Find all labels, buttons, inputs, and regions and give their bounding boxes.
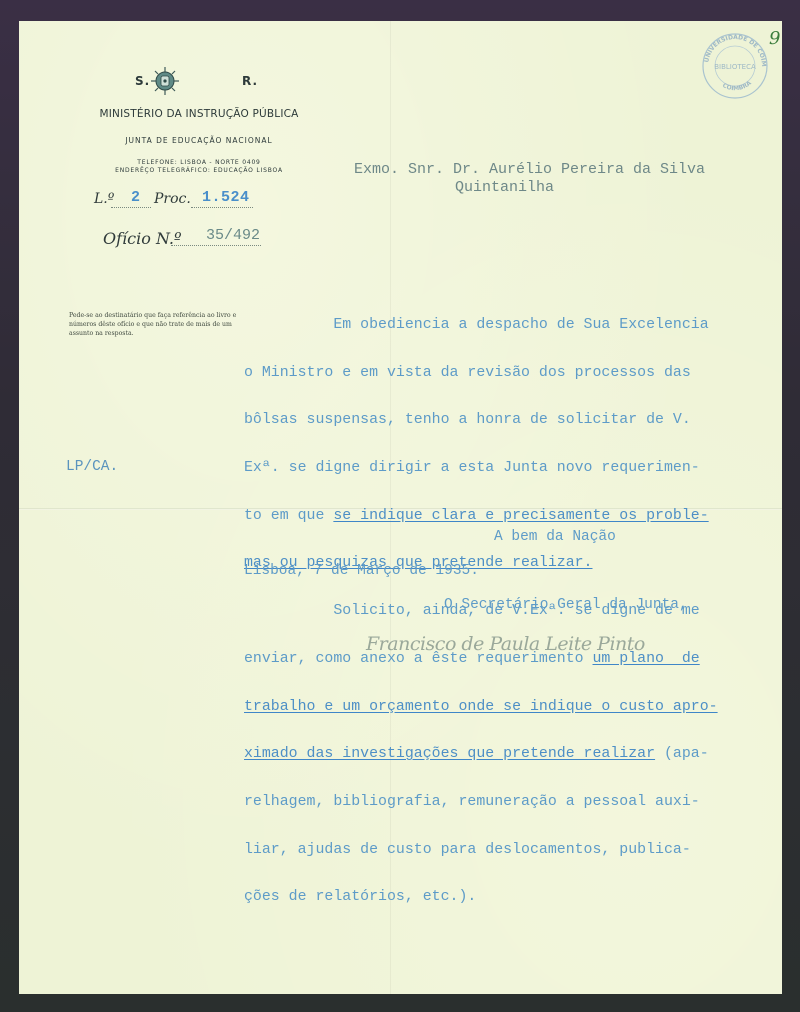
body-line: ções de relatórios, etc.).	[244, 890, 718, 906]
library-stamp-icon: UNIVERSIDADE DE COIMBRA BIBLIOTECA COIMB…	[700, 31, 770, 101]
svg-text:COIMBRA: COIMBRA	[721, 80, 753, 93]
livro-label: L.º	[94, 191, 114, 207]
contact-info: TELEFONE: LISBOA - NORTE 0409 ENDERÊÇO T…	[59, 159, 339, 175]
recipient-block: Exmo. Snr. Dr. Aurélio Pereira da Silva …	[354, 161, 774, 197]
livro-field-line	[111, 207, 151, 208]
proc-field-line	[191, 207, 253, 208]
telephone: TELEFONE: LISBOA - NORTE 0409	[59, 159, 339, 167]
closing-salutation: A bem da Nação	[494, 529, 616, 545]
svg-text:UNIVERSIDADE DE COIMBRA: UNIVERSIDADE DE COIMBRA	[700, 31, 767, 67]
proc-value: 1.524	[202, 189, 250, 206]
recipient-name: Exmo. Snr. Dr. Aurélio Pereira da Silva	[354, 161, 774, 179]
coat-of-arms-icon	[150, 66, 180, 96]
handwritten-page-number: 9	[769, 28, 780, 49]
oficio-label: Ofício N.º	[103, 229, 182, 248]
body-line: Exª. se digne dirigir a esta Junta novo …	[244, 461, 718, 477]
proc-label: Proc.	[154, 191, 191, 207]
body-line: trabalho e um orçamento onde se indique …	[244, 700, 718, 716]
margin-note: Pede-se ao destinatário que faça referên…	[69, 311, 244, 338]
livro-value: 2	[131, 189, 140, 206]
oficio-field-line	[171, 245, 261, 246]
signatory-title: O Secretário Geral da Junta,	[444, 597, 688, 613]
body-line: Em obediencia a despacho de Sua Excelenc…	[244, 318, 718, 334]
recipient-location: Quintanilha	[354, 179, 774, 197]
ministry-name: MINISTÉRIO DA INSTRUÇÃO PÚBLICA	[59, 108, 339, 120]
svg-text:BIBLIOTECA: BIBLIOTECA	[714, 63, 756, 71]
body-line: bôlsas suspensas, tenho a honra de solic…	[244, 413, 718, 429]
oficio-value: 35/492	[206, 227, 260, 244]
typist-initials: LP/CA.	[66, 459, 118, 475]
letter-date: Lisboa, 7 de Março de 1935.	[244, 563, 479, 579]
letterhead-right-initial: R.	[242, 74, 258, 88]
letterhead-left-initial: S.	[135, 74, 150, 88]
board-name: JUNTA DE EDUCAÇÃO NACIONAL	[59, 136, 339, 145]
body-line: to em que se indique clara e precisament…	[244, 509, 718, 525]
body-line: liar, ajudas de custo para deslocamentos…	[244, 843, 718, 859]
telegraph-address: ENDERÊÇO TELEGRÁFICO: EDUCAÇÃO LISBOA	[59, 167, 339, 175]
body-line: relhagem, bibliografia, remuneração a pe…	[244, 795, 718, 811]
handwritten-signature: Francisco de Paula Leite Pinto	[366, 633, 786, 673]
body-line: o Ministro e em vista da revisão dos pro…	[244, 366, 718, 382]
letter-page: UNIVERSIDADE DE COIMBRA BIBLIOTECA COIMB…	[19, 21, 782, 994]
body-line: ximado das investigações que pretende re…	[244, 747, 718, 763]
